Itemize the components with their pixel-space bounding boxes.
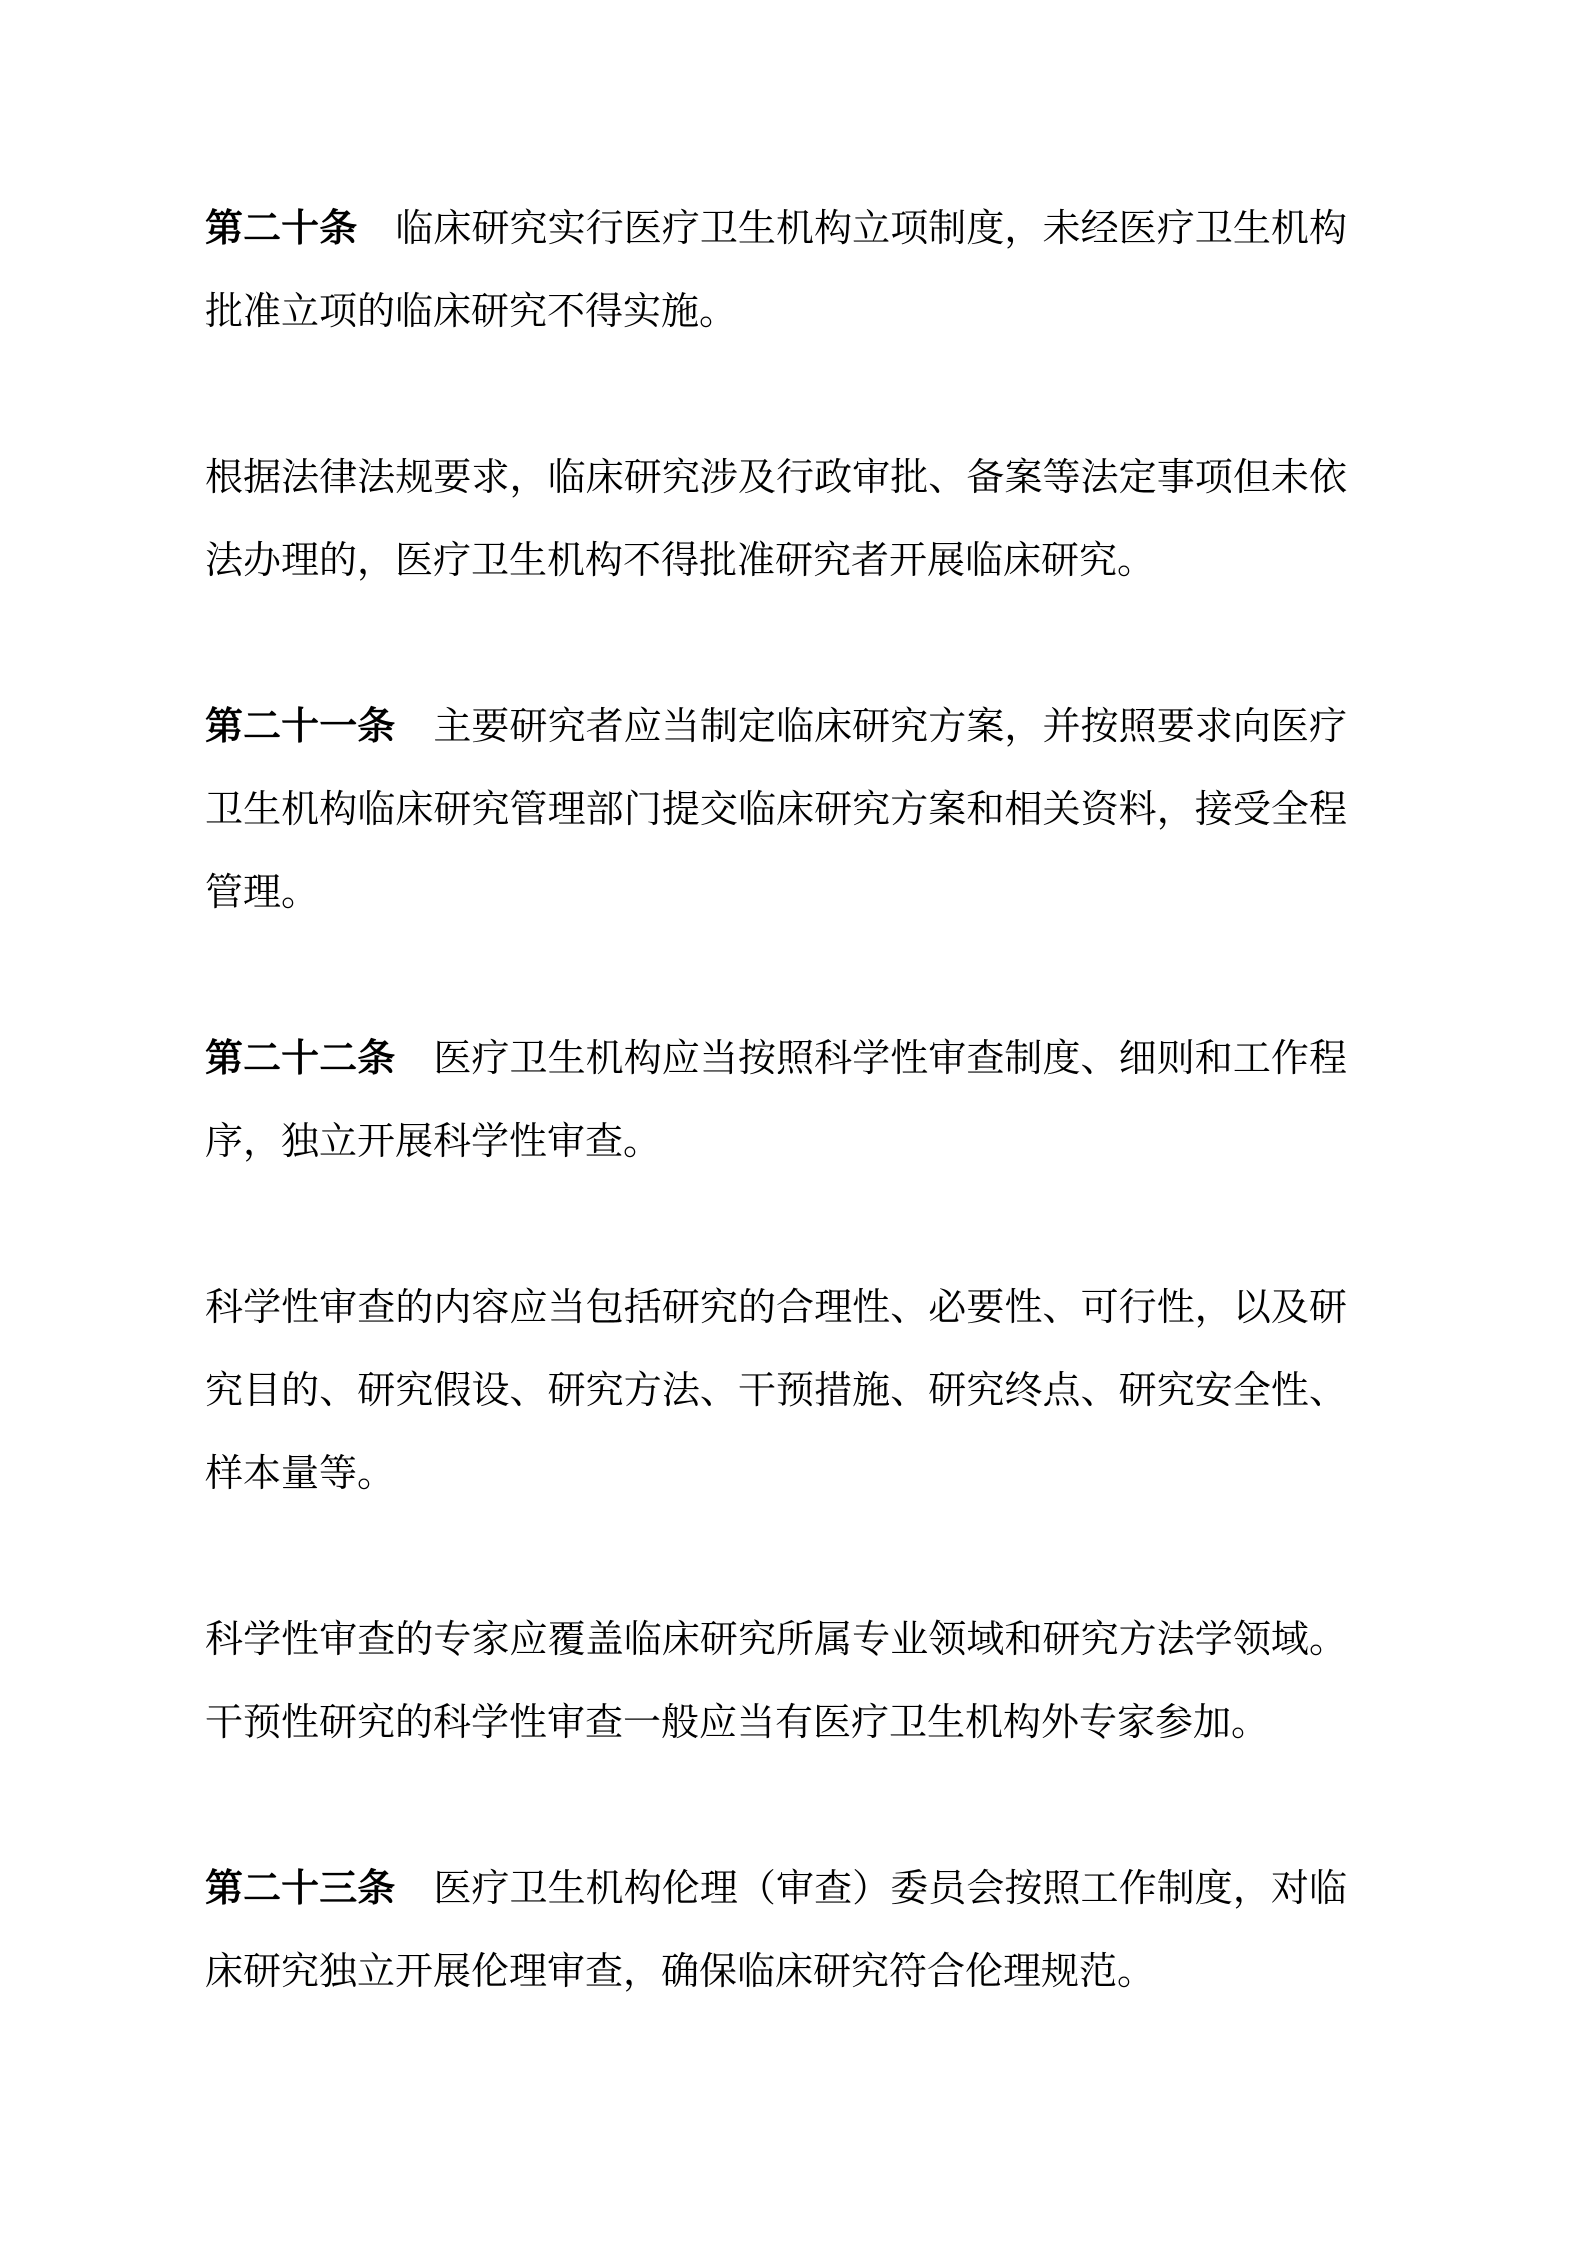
article-number: 第二十三条: [205, 1868, 395, 1910]
article-paragraph: 第二十三条医疗卫生机构伦理（审查）委员会按照工作制度，对临床研究独立开展伦理审查…: [205, 1848, 1347, 2014]
article-number: 第二十一条: [205, 706, 395, 748]
article-body-text: 根据法律法规要求，临床研究涉及行政审批、备案等法定事项但未依法办理的，医疗卫生机…: [205, 457, 1347, 582]
article-body-text: 临床研究实行医疗卫生机构立项制度，未经医疗卫生机构批准立项的临床研究不得实施。: [205, 208, 1347, 333]
article-body-text: 科学性审查的专家应覆盖临床研究所属专业领域和研究方法学领域。干预性研究的科学性审…: [205, 1619, 1347, 1744]
article-paragraph: 第二十二条医疗卫生机构应当按照科学性审查制度、细则和工作程序，独立开展科学性审查…: [205, 1018, 1347, 1184]
body-paragraph: 科学性审查的内容应当包括研究的合理性、必要性、可行性，以及研究目的、研究假设、研…: [205, 1267, 1347, 1516]
document-page: 第二十条临床研究实行医疗卫生机构立项制度，未经医疗卫生机构批准立项的临床研究不得…: [0, 0, 1587, 2245]
article-number: 第二十条: [205, 208, 357, 250]
body-paragraph: 科学性审查的专家应覆盖临床研究所属专业领域和研究方法学领域。干预性研究的科学性审…: [205, 1599, 1347, 1765]
article-number: 第二十二条: [205, 1038, 395, 1080]
article-paragraph: 第二十条临床研究实行医疗卫生机构立项制度，未经医疗卫生机构批准立项的临床研究不得…: [205, 188, 1347, 354]
article-paragraph: 第二十一条主要研究者应当制定临床研究方案，并按照要求向医疗卫生机构临床研究管理部…: [205, 686, 1347, 935]
body-paragraph: 根据法律法规要求，临床研究涉及行政审批、备案等法定事项但未依法办理的，医疗卫生机…: [205, 437, 1347, 603]
article-body-text: 科学性审查的内容应当包括研究的合理性、必要性、可行性，以及研究目的、研究假设、研…: [205, 1287, 1347, 1495]
